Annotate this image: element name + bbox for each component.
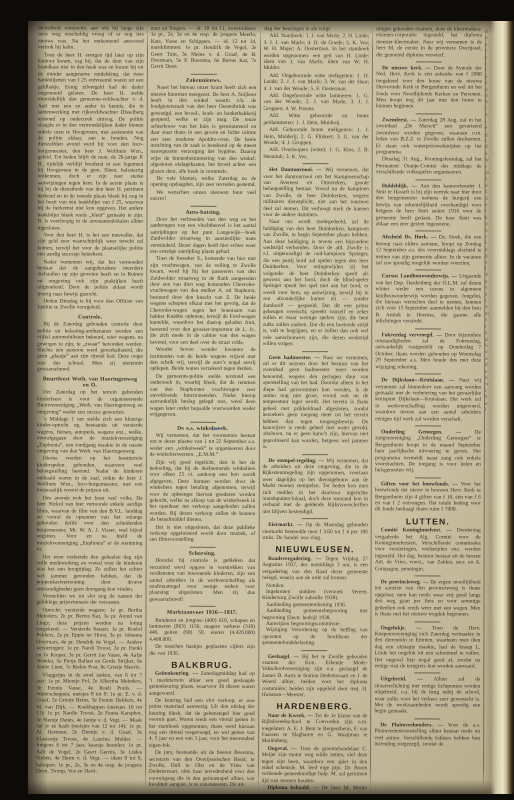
article-paragraph: Hierna werden op het feestterrein kinder… bbox=[37, 456, 143, 495]
article-divider bbox=[414, 718, 440, 719]
article-paragraph: Geitenkeuring. — Zaterdagmiddag had op ’… bbox=[149, 671, 255, 697]
article-divider bbox=[416, 231, 442, 232]
column-area: dienstbode ontmoette, aan wie hij langs … bbox=[36, 25, 489, 790]
article-paragraph: De nieuwe kerk. — Door de Synode der Ned… bbox=[376, 65, 482, 110]
article-paragraph: Het is niet uitgesloten, dat deze publie… bbox=[149, 524, 255, 543]
article-paragraph: Nader vernemen wij, dat het vermoeden be… bbox=[37, 259, 143, 298]
article-paragraph: De Pluimveehouders. — Voor de a.s. Pluim… bbox=[374, 722, 480, 748]
article-lead-in: Raadsvergadering. — bbox=[268, 556, 325, 562]
article-paragraph: Doordat bij controle is gebleken dat ver… bbox=[149, 558, 255, 603]
article-paragraph: slag der keuringen is als volgt: bbox=[263, 26, 369, 33]
town-heading: HARDENBERG. bbox=[262, 703, 368, 710]
article-paragraph: Des avonds trok het feest veel volks. De… bbox=[37, 495, 143, 553]
article-paragraph: We wenschen onzen nieuwen buur veel succ… bbox=[150, 189, 256, 202]
article-paragraph: Afd. Gehoornde bonte melkgeiten: 1. J. H… bbox=[263, 127, 369, 146]
article-divider bbox=[415, 425, 441, 426]
article-lead-in: Eiermarkt. — bbox=[268, 522, 305, 528]
article-paragraph: Heden Dinsdag is hij voor den Officier v… bbox=[37, 298, 143, 311]
section-heading: Marktaanvoer 1936—1937. bbox=[153, 610, 251, 617]
article-lead-in: Uitgebreid. — bbox=[381, 677, 434, 683]
column-2: man en Siegers. — id. 10 tot 11, touwtre… bbox=[149, 26, 257, 790]
article-paragraph: Uitgebreid. — Alhier zal de straatverlic… bbox=[374, 677, 480, 716]
town-heading: NIEUWLEUSEN. bbox=[262, 546, 368, 553]
column-rule bbox=[257, 26, 260, 790]
article-lead-in: Comité Koninginnefeest. — bbox=[381, 528, 457, 534]
article-paragraph: De Dijkslaan—Kruislaan. — Naar wij verne… bbox=[375, 377, 481, 422]
article-paragraph: Afscheid Ds. Hoek. — Ds. Hoek, die een b… bbox=[376, 235, 482, 267]
section-heading: De a.s. winkelweek. bbox=[154, 425, 252, 432]
article-paragraph: Giften voor het bouwfonds. — Voor het bo… bbox=[375, 481, 481, 513]
article-paragraph: Eiermarkt. — Op de Maandag gehouden eier… bbox=[262, 522, 368, 541]
article-lead-in: Het Damtournooi. — bbox=[269, 167, 325, 173]
town-heading: LUTTEN. bbox=[375, 518, 481, 525]
article-paragraph: Diploma behaald. — De heer M. Meijer alh… bbox=[261, 785, 367, 790]
article-paragraph: Fokveedag vervroegd. — Door bijzondere o… bbox=[375, 332, 481, 371]
article-lead-in: Onderling Genoegen. — bbox=[381, 429, 474, 435]
article-paragraph: Ongelukje. — Toen de Herv. Knapenvereeni… bbox=[375, 625, 481, 670]
article-paragraph: Vlaggetjes in de stoel steken, van 6 tot… bbox=[36, 672, 142, 775]
article-paragraph: De tusschen haakjes geplaatste cijfers z… bbox=[149, 644, 255, 657]
article-lead-in: Geen badmeester. — bbox=[269, 355, 323, 361]
article-lead-in: De nieuwe kerk. — bbox=[382, 65, 434, 71]
article-lead-in: Giften voor het bouwfonds. — bbox=[381, 481, 461, 487]
column-4: ningen gehouden examen, door de kleermak… bbox=[374, 26, 482, 790]
article-paragraph: Naar de Kweek. — Tot de 1e klasse van de… bbox=[262, 713, 368, 745]
article-paragraph: De vele klanten, welke Zaterdag na de op… bbox=[150, 176, 256, 189]
article-divider bbox=[415, 373, 441, 374]
article-paragraph: Afd. Witte gehoornde en bonte geitlammer… bbox=[263, 113, 369, 126]
article-lead-in: Ongeval. — bbox=[268, 746, 300, 752]
article-divider bbox=[302, 454, 328, 455]
article-paragraph: Dinsdag 31 Aug., Kroningsfeestdag, zal h… bbox=[376, 157, 482, 176]
article-paragraph: De stempel-regeling. — Wij vernemen, dat… bbox=[262, 458, 368, 516]
newspaper-page: dienstbode ontmoette, aan wie hij langs … bbox=[28, 21, 514, 794]
article-divider bbox=[302, 650, 328, 651]
article-paragraph: Door het verbreeden van den weg en het a… bbox=[150, 217, 256, 256]
article-paragraph: Toen de kweeker S., komende van hier met… bbox=[150, 256, 256, 346]
article-divider bbox=[416, 113, 442, 114]
article-paragraph: Vermelden we tot slot nog de namen der g… bbox=[36, 593, 142, 606]
newspaper-photo: dienstbode ontmoette, aan wie hij langs … bbox=[0, 0, 514, 800]
article-divider bbox=[190, 74, 216, 75]
article-paragraph: Afd. Overloopers (witte): 1. G. Klos; 2.… bbox=[263, 147, 369, 160]
article-divider bbox=[416, 179, 442, 180]
article-paragraph: Bij de Zaterdag gehouden controle door p… bbox=[37, 322, 143, 374]
article-lead-in: Huldeblijk. — bbox=[382, 183, 420, 189]
article-paragraph: Geslaagd. — Bij het te Zwolle gehouden e… bbox=[262, 654, 368, 699]
article-lead-in: Zwemfeest. — bbox=[382, 117, 418, 123]
section-heading: Controle. bbox=[41, 314, 139, 321]
article-paragraph: De keuring had een vlot verloop; er was … bbox=[149, 698, 255, 750]
article-paragraph: Zwemfeest. — Zaterdag 28 Aug. zal in het… bbox=[376, 117, 482, 156]
article-lead-in: De Dijkslaan—Kruislaan. — bbox=[381, 377, 459, 383]
article-paragraph: Naar ons wordt medegedeeld, zal de huldi… bbox=[263, 219, 369, 347]
agenda-item: Aanbieding gemeentebegrooting met begroo… bbox=[262, 608, 368, 621]
article-paragraph: Geen badmeester. — Naar we vernemen, zal… bbox=[262, 355, 368, 451]
article-divider bbox=[415, 328, 441, 329]
article-paragraph: Optocht: versierde wagens: 1e pr. Bertha… bbox=[36, 607, 142, 671]
article-divider bbox=[415, 575, 441, 576]
article-paragraph: Ongeval. — Toen de groentehandelaar C. M… bbox=[262, 746, 368, 785]
article-lead-in: Afscheid Ds. Hoek. — bbox=[382, 235, 439, 241]
article-paragraph: De gemeente-politie stelde terstond een … bbox=[150, 373, 256, 418]
article-paragraph: De provincieweg. — De ergste moeilijkhei… bbox=[375, 579, 481, 618]
article-lead-in: Geitenkeuring. — bbox=[155, 671, 201, 677]
article-divider bbox=[415, 621, 441, 622]
article-divider bbox=[415, 270, 441, 271]
article-paragraph: ’s Middags 1 uur stelde zich een kleurig… bbox=[37, 416, 143, 455]
section-heading: Auto-botsing. bbox=[154, 209, 252, 216]
article-divider bbox=[416, 61, 442, 62]
article-divider bbox=[189, 547, 215, 548]
column-rule bbox=[370, 26, 373, 790]
article-divider bbox=[303, 351, 329, 352]
article-lead-in: Ongelukje. — bbox=[381, 625, 432, 631]
article-paragraph: Het Damtournooi. — Wij vernemen, dat voo… bbox=[263, 167, 369, 219]
article-lead-in: De provincieweg. — bbox=[381, 579, 430, 585]
article-paragraph: Huldeblijk. — Aan den kantoorhouder J. S… bbox=[376, 183, 482, 228]
article-lead-in: De Pluimveehouders. — bbox=[380, 722, 447, 728]
article-paragraph: Voor den heer H. is het een meevaller, d… bbox=[37, 232, 143, 258]
section-heading: Schorsing. bbox=[153, 551, 251, 558]
article-paragraph: man en Siegers. — id. 10 tot 11, touwtre… bbox=[151, 26, 257, 71]
article-divider bbox=[190, 421, 216, 422]
article-divider bbox=[190, 205, 216, 206]
article-divider bbox=[303, 163, 329, 164]
article-paragraph: dienstbode ontmoette, aan wie hij langs … bbox=[38, 25, 144, 51]
article-divider bbox=[414, 673, 440, 674]
agenda-item: Wijziging Verordening op de heffing van … bbox=[262, 627, 368, 646]
article-divider bbox=[302, 518, 328, 519]
section-heading: Buurtfeest Weth. van Haeringenweg en O. bbox=[41, 376, 139, 389]
article-lead-in: Geslaagd. — bbox=[268, 654, 302, 660]
article-lead-in: Cursus Landbouwonderwijs. — bbox=[382, 274, 460, 280]
column-rule bbox=[483, 27, 486, 791]
article-lead-in: Diploma behaald. — bbox=[267, 785, 321, 790]
agenda-item: Ingekomen stukken (verzoek Vereen. Kinde… bbox=[262, 589, 368, 602]
article-paragraph: Onderling Genoegen. — De zangvereeniging… bbox=[375, 429, 481, 474]
article-lead-in: De stempel-regeling. — bbox=[268, 458, 326, 464]
article-paragraph: Afd. Stamboek: 1. J. van Marle; 2. H. Li… bbox=[263, 33, 369, 72]
article-paragraph: Cursus Landbouwonderwijs. — Uitgaande va… bbox=[375, 274, 481, 326]
article-paragraph: Het Zaterdag op het terrein gehouden kin… bbox=[37, 390, 143, 416]
column-1: dienstbode ontmoette, aan wie hij langs … bbox=[36, 25, 144, 789]
section-heading: Zakennieuws. bbox=[155, 78, 253, 85]
article-paragraph: Wonder boven wonder kwamen de inzittende… bbox=[150, 347, 256, 373]
article-divider bbox=[189, 606, 215, 607]
article-paragraph: De jury, bestaande uit de heeren Boersma… bbox=[149, 750, 255, 789]
article-paragraph: Naast het bureau onzer krant heeft zich … bbox=[150, 85, 256, 175]
article-paragraph: Wij vernemen, dat het voornemen bestaat … bbox=[150, 433, 256, 459]
article-lead-in: Fokveedag vervroegd. — bbox=[381, 332, 444, 338]
article-paragraph: Afd. Ongehoornde witte melkgeiten: 1. H.… bbox=[263, 73, 369, 92]
article-paragraph: Het weer verleende den geheelen dag zijn… bbox=[37, 554, 143, 593]
column-3: slag der keuringen is als volgt:Afd. Sta… bbox=[261, 26, 369, 790]
article-divider bbox=[415, 477, 441, 478]
column-rule bbox=[145, 26, 148, 790]
article-paragraph: ningen gehouden examen, door de kleermak… bbox=[376, 26, 482, 58]
article-paragraph: Raadsvergadering. — Tegen Vrijdag 27 Aug… bbox=[262, 556, 368, 582]
article-lead-in: Naar de Kweek. — bbox=[268, 713, 315, 719]
town-heading: BALKBRUG. bbox=[149, 662, 255, 669]
article-paragraph: Zijn wij goed ingelicht, dan is het de b… bbox=[149, 459, 255, 523]
article-paragraph: Toen de heer H. eenigen tijd later op zi… bbox=[37, 52, 143, 232]
article-paragraph: Runderen en jongvee (400) 610, schapen e… bbox=[149, 617, 255, 643]
article-paragraph: Comité Koninginnefeest. — Donderdag verg… bbox=[375, 528, 481, 573]
article-paragraph: Afd. Ongehoornde witte lammeren: 1. G. v… bbox=[263, 93, 369, 112]
